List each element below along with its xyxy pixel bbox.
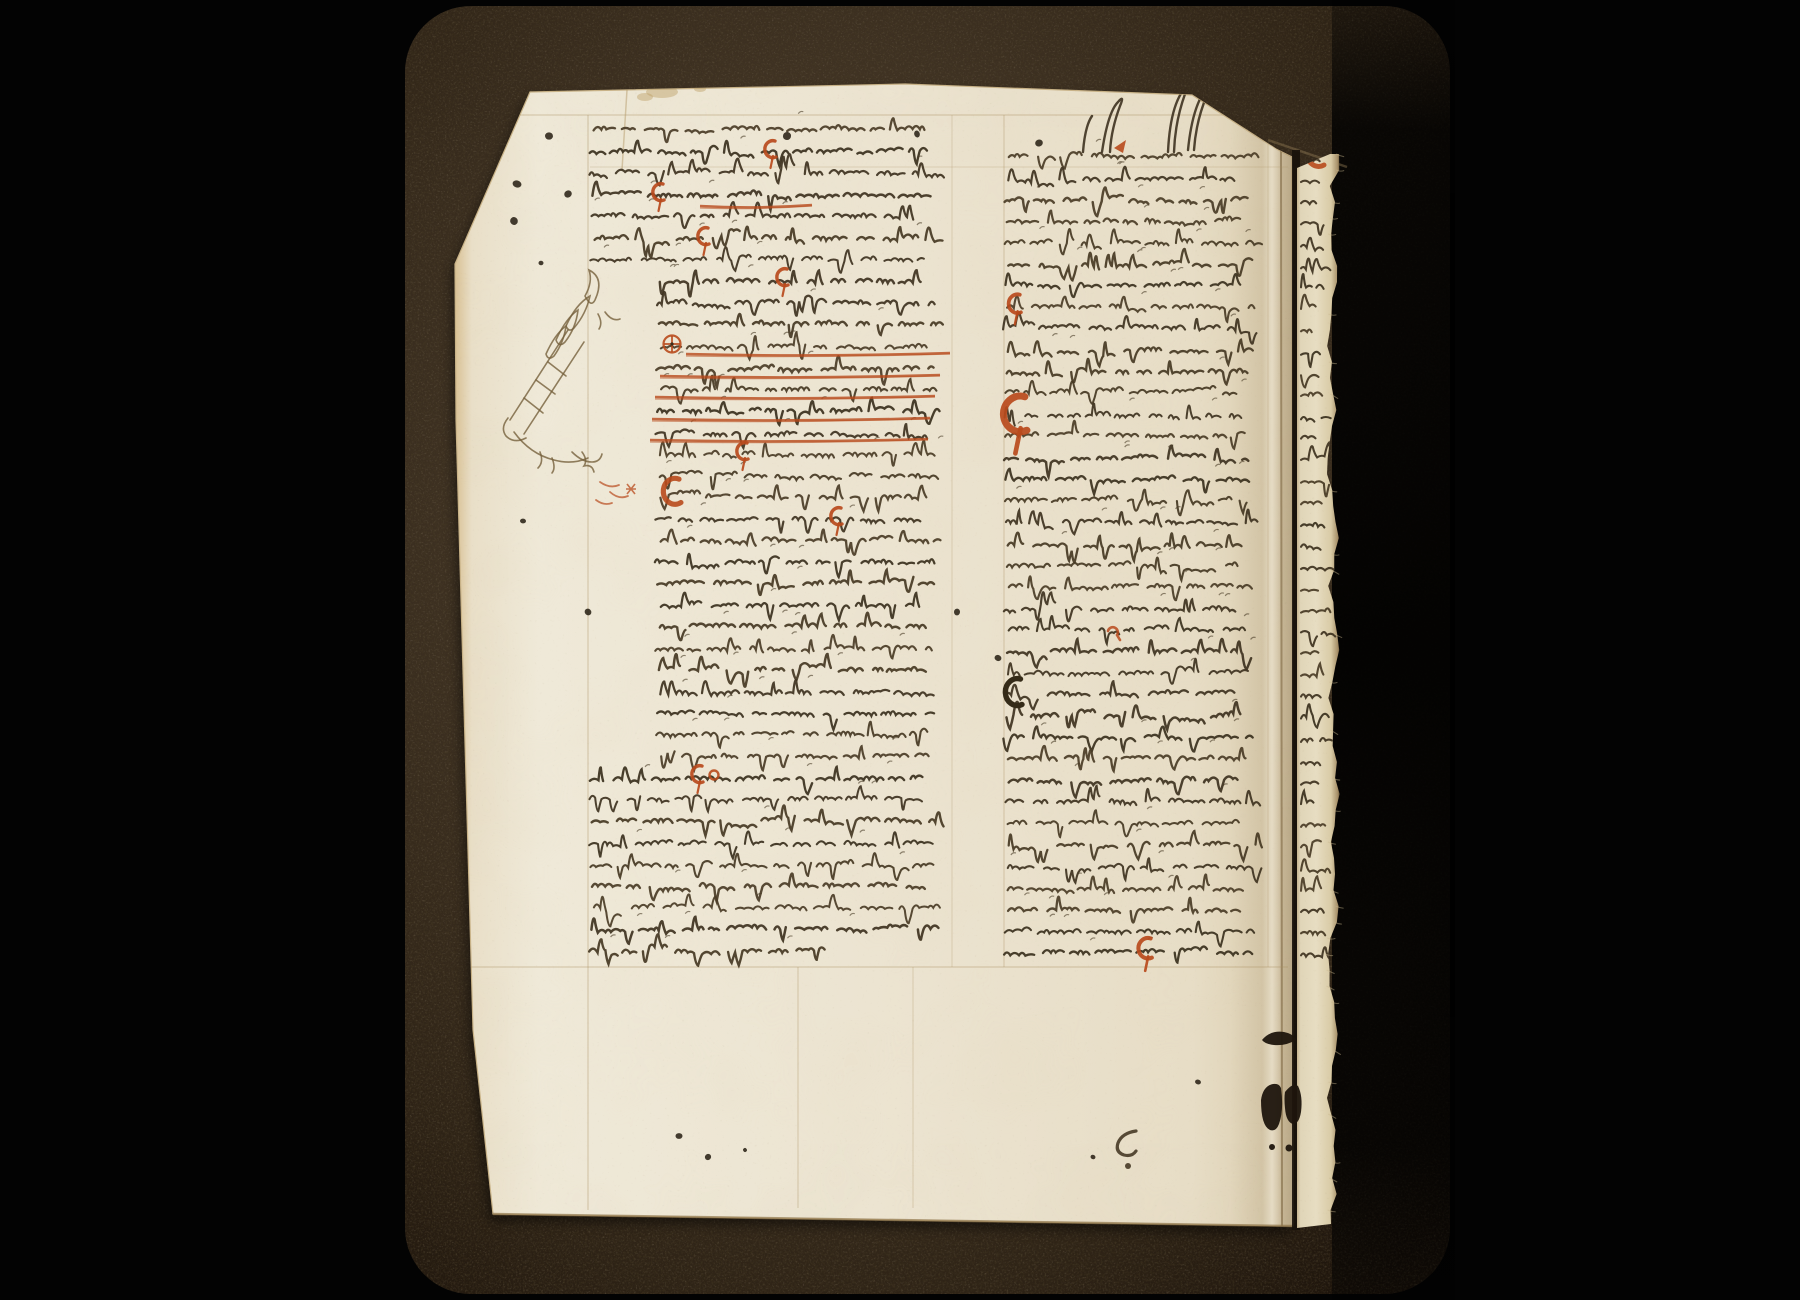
red-circle-cross	[664, 336, 681, 353]
gutter-fold-highlight	[1262, 140, 1282, 1230]
parchment-page	[440, 50, 1335, 1240]
manuscript-photo	[0, 0, 1800, 1300]
gutter-fold-crease	[1281, 150, 1282, 1226]
photo-stage	[0, 0, 1800, 1300]
